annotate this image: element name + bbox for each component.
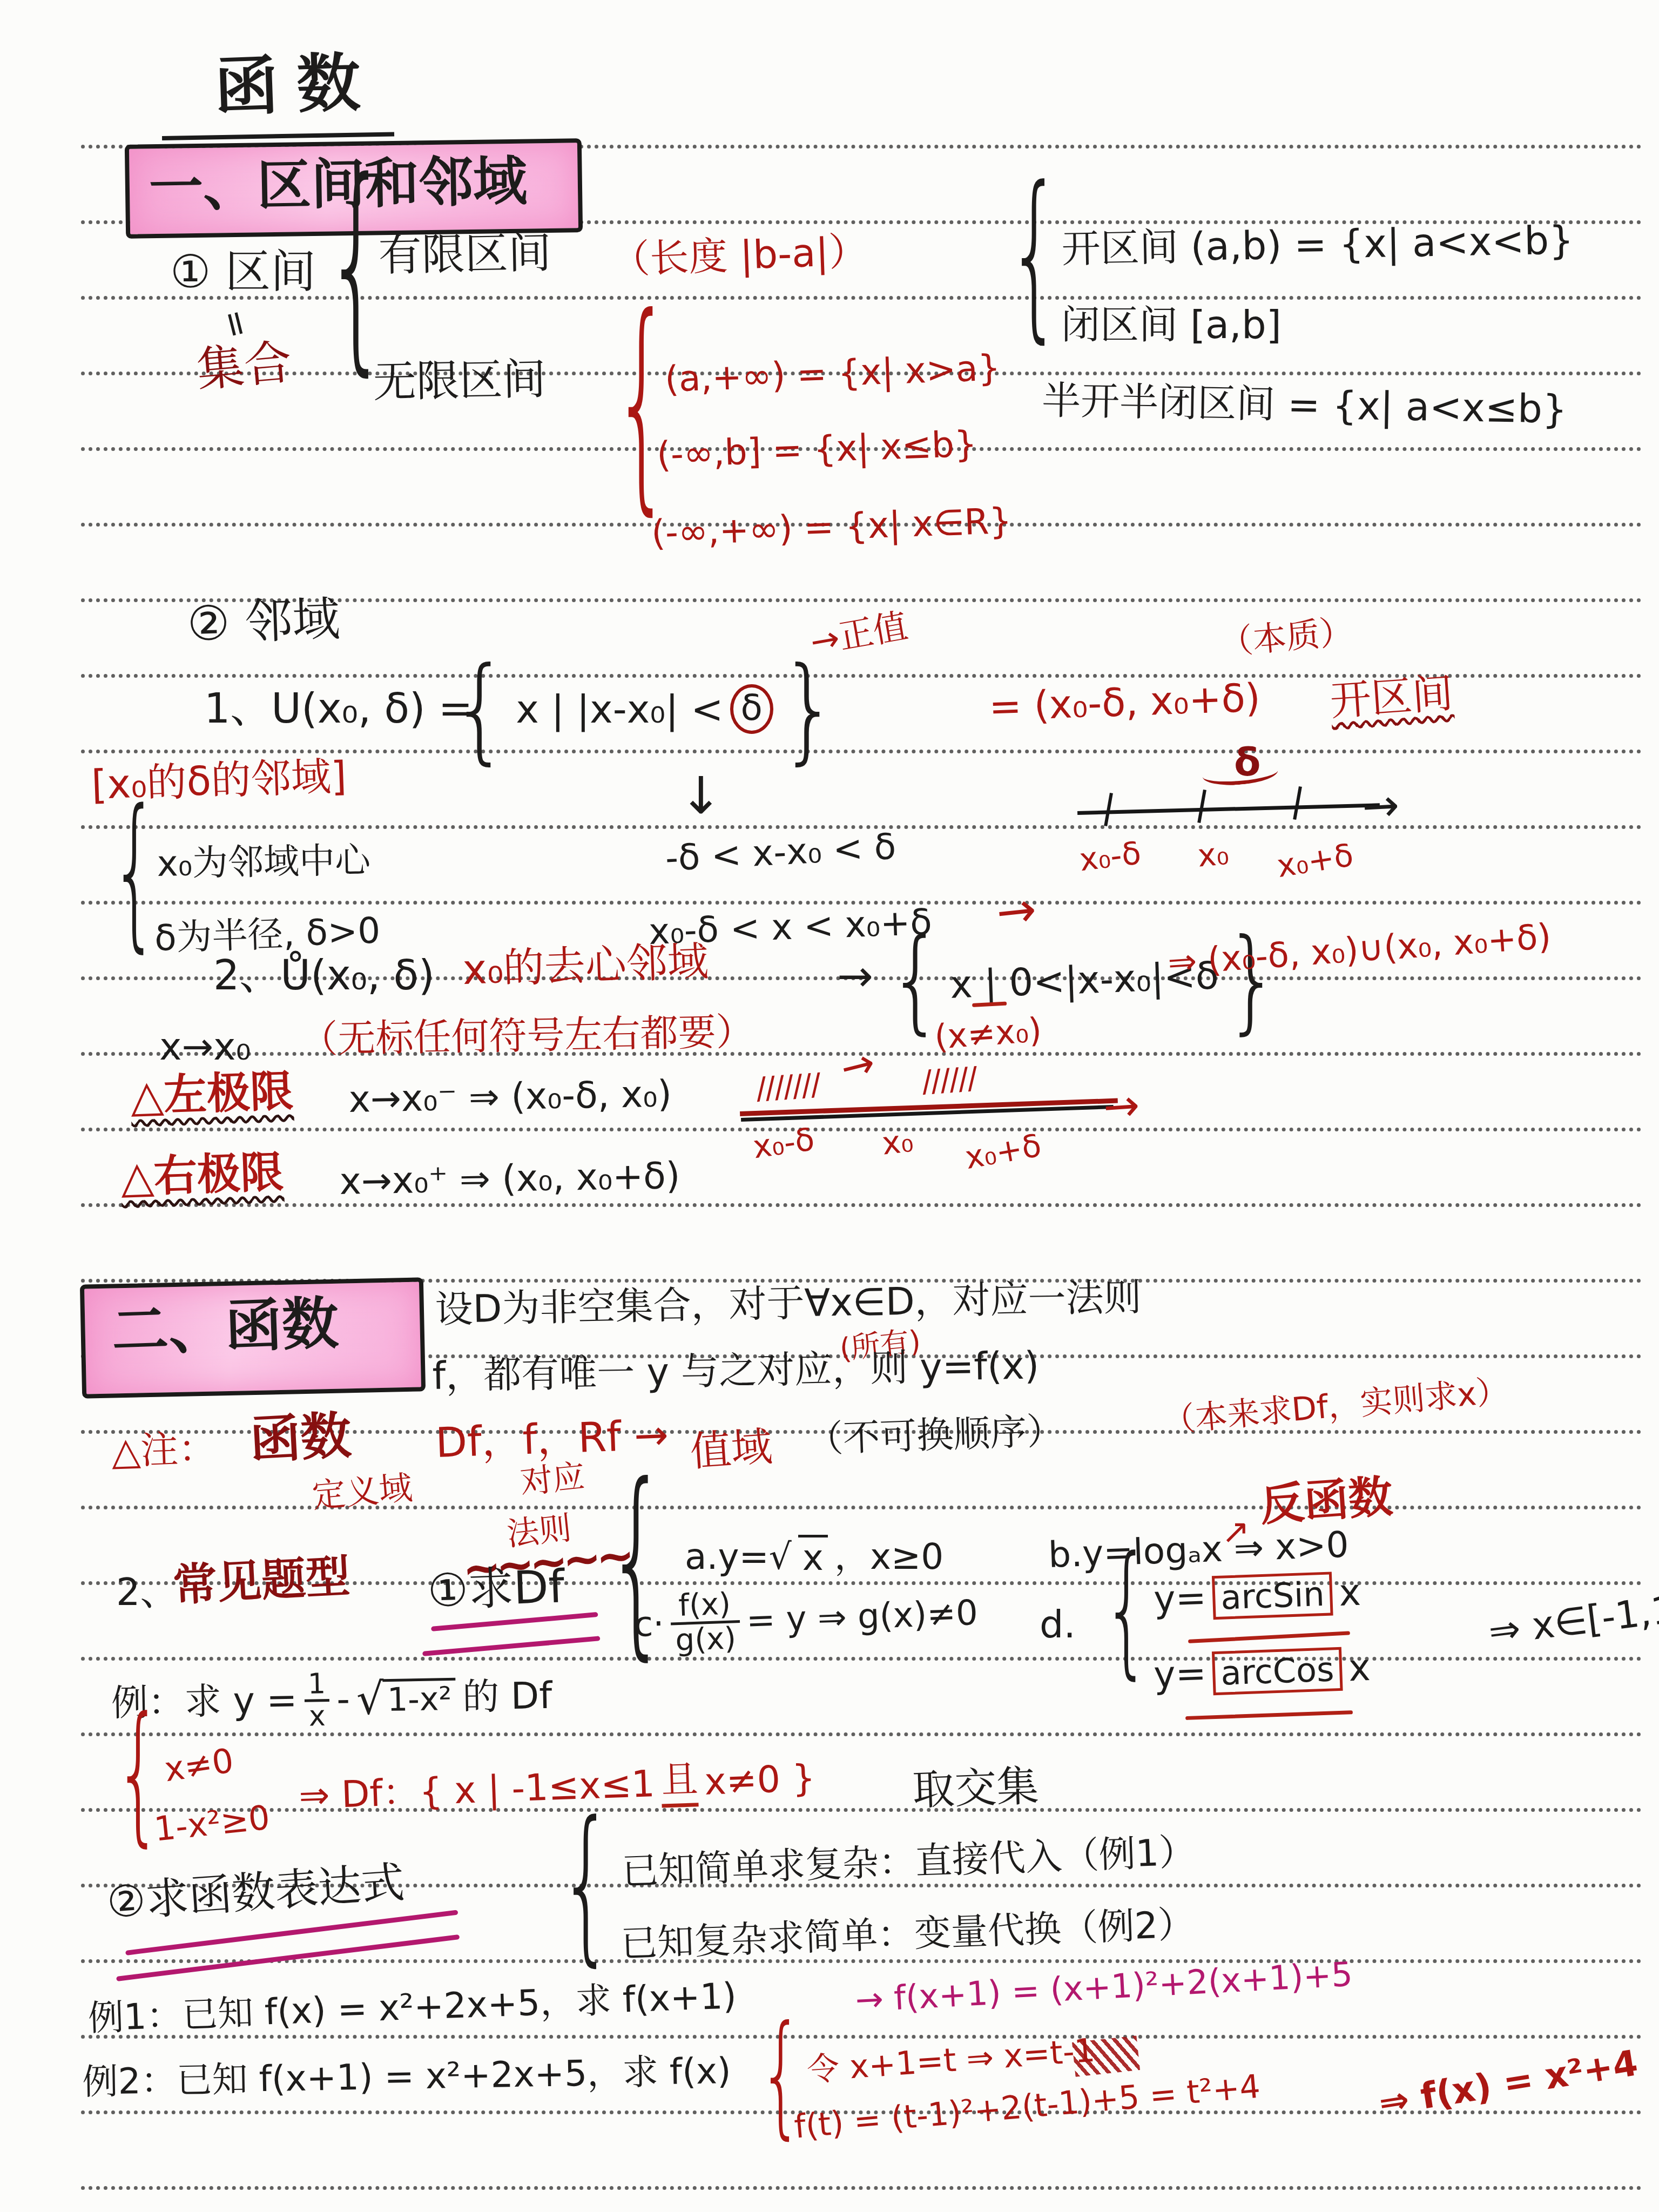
axis-label: x₀-δ: [1077, 835, 1143, 878]
set-close-brace: }: [780, 652, 838, 767]
infinite-brace: {: [613, 288, 671, 517]
example1-solution: → f(x+1) = (x+1)²+2(x+1)+5: [854, 1955, 1353, 2019]
left-limit-expr: x→x₀⁻ ⇒ (x₀-δ, x₀): [348, 1074, 672, 1122]
example2-statement: 例2：已知 f(x+1) = x²+2x+5，求 f(x): [82, 2051, 731, 2103]
u1-delta-circled: δ: [730, 684, 773, 734]
u1-open-word: 开区间: [1328, 669, 1455, 725]
page-title: 函数: [213, 45, 380, 124]
left-axis-arrow-head: →: [1102, 1080, 1141, 1132]
q1-underline: [422, 1636, 601, 1656]
fraction-numerator: f(x): [673, 1588, 736, 1622]
section2-heading: 二、函数: [111, 1291, 340, 1364]
ex0-radicand: 1-x²: [382, 1678, 456, 1719]
u1-equals-interval: = (x₀-δ, x₀+δ): [988, 675, 1261, 729]
axis-label: x₀: [1196, 835, 1230, 874]
u2-result: ⇒ (x₀-δ, x₀)∪(x₀, x₀+δ): [1166, 917, 1553, 983]
left-axis-label: x₀: [880, 1123, 915, 1162]
q2-underline: [116, 1934, 460, 1981]
u1-positive-note: →正值: [807, 606, 911, 663]
ruled-line: [81, 1128, 1642, 1131]
nbhd-u2-label: 2、Ů(x₀, δ): [213, 952, 435, 999]
ruled-line: [81, 1732, 1642, 1736]
d1-x: x: [1338, 1572, 1361, 1615]
axis-tick: [1197, 790, 1206, 823]
approach-note: （无标任何符号左右都要）: [300, 1010, 754, 1061]
ex0-result-and: 且: [660, 1758, 699, 1808]
type-a-post: ，x≥0: [834, 1536, 943, 1577]
d2-y: y=: [1153, 1653, 1207, 1697]
fraction-numerator: 1: [303, 1669, 330, 1699]
type-c-rest: = y ⇒ g(x)≠0: [746, 1593, 979, 1641]
left-axis-label: x₀-δ: [751, 1121, 817, 1165]
approach-expr: x→x₀: [159, 1025, 251, 1069]
ruled-line: [81, 1657, 1642, 1661]
left-axis-red-arrow: →: [836, 1040, 880, 1092]
ruled-line: [81, 750, 1642, 753]
nbhd-ineq1: -δ < x-x₀ < δ: [664, 826, 897, 879]
note-order: （不可换顺序）: [806, 1410, 1064, 1461]
ex0-intersection-note: 取交集: [912, 1763, 1040, 1816]
ruled-line: [81, 1203, 1642, 1207]
infinite-interval: 无限区间: [373, 354, 547, 407]
finite-interval: 有限区间: [378, 228, 552, 281]
type-c-fraction: f(x) g(x): [669, 1588, 741, 1657]
ex0-condition1: x≠0: [162, 1741, 236, 1789]
ruled-line: [81, 1959, 1642, 1963]
type-a: a.y=√x，x≥0: [685, 1535, 943, 1579]
note-label: △注：: [111, 1426, 217, 1473]
example2-step1: 令 x+1=t ⇒ x=t-1: [806, 2032, 1096, 2089]
fn-def-line1: 设D为非空集合，对于∀x∈D，对应一法则: [435, 1276, 1142, 1331]
fn-def-line2: f，都有唯一 y 与之对应，则 y=f(x): [432, 1344, 1040, 1398]
interval-kind: 闭区间 [a,b]: [1061, 302, 1282, 347]
infinite-item: (a,+∞) = {x| x>a}: [664, 347, 1001, 400]
set-open-brace: {: [451, 652, 509, 767]
type-a-radicand: x: [798, 1535, 828, 1579]
u1-essence-note: （本质）: [1218, 612, 1354, 662]
arcsin-underline: [1188, 1631, 1350, 1643]
nbhd-note-brace: {: [111, 789, 159, 955]
q2-label: ②求函数表达式: [105, 1858, 406, 1928]
q2-rule2: 已知复杂求简单：变量代换（例2）: [620, 1904, 1195, 1966]
types-q1: ①求Df: [427, 1560, 565, 1617]
inverse-word: 反函数: [1258, 1472, 1394, 1532]
nbhd-axis: [1077, 803, 1380, 815]
scribble-mark: [1072, 2035, 1140, 2076]
nbhd-u1-set: { x | |x-x₀| < δ }: [451, 663, 838, 755]
note-domain-word: 定义域: [311, 1468, 414, 1515]
right-limit-expr: x→x₀⁺ ⇒ (x₀, x₀+δ): [339, 1155, 680, 1203]
kinds-brace: {: [1007, 163, 1062, 345]
interval-kind: 半开半闭区间 = {x| a<x≤b}: [1042, 378, 1568, 432]
arccos-underline: [1185, 1710, 1353, 1720]
example-domain: 例：求 y = 1 x - √1-x² 的 Df: [111, 1665, 552, 1735]
type-d-result: ⇒ x∈[-1,1]: [1486, 1586, 1659, 1654]
fraction-denominator: g(x): [671, 1620, 741, 1657]
interval-label: ① 区间: [170, 246, 316, 298]
type-a-pre: a.y=√: [685, 1536, 792, 1577]
note-range-word: 值域: [689, 1422, 774, 1475]
types-label: 常见题型: [172, 1552, 352, 1611]
ruled-line: [81, 2035, 1642, 2039]
type-b: b.y=logₐx ⇒ x>0: [1048, 1525, 1350, 1576]
u2-note: (x≠x₀): [933, 1010, 1043, 1056]
q2-brace: {: [559, 1799, 614, 1968]
d1-y: y=: [1153, 1577, 1207, 1621]
d2-x: x: [1348, 1647, 1371, 1690]
type-c-label: c·: [633, 1604, 665, 1645]
ruled-line: [81, 2186, 1642, 2190]
sqrt-sign: √: [356, 1674, 385, 1724]
hatch-marks: //////: [921, 1061, 977, 1100]
types-number: 2、: [116, 1570, 178, 1614]
left-axis-label: x₀+δ: [962, 1127, 1044, 1176]
down-arrow: ↓: [679, 767, 723, 826]
type-c: c· f(x) g(x) = y ⇒ g(x)≠0: [633, 1580, 979, 1658]
axis-arrow-head: →: [1361, 780, 1401, 833]
type-d-line1: y= arcSin x: [1153, 1571, 1361, 1622]
fraction-denominator: x: [305, 1699, 331, 1731]
right-limit-label: △右极限: [120, 1147, 285, 1202]
ex0-condition2: 1-x²≥0: [152, 1798, 272, 1849]
axis-tick: [1104, 793, 1113, 826]
axis-tick: [1293, 786, 1302, 820]
nbhd-center-note: x₀为邻域中心: [157, 840, 371, 885]
type-d-brace: {: [1103, 1539, 1151, 1682]
ex0-post: 的 Df: [462, 1675, 552, 1719]
type-d-line2: y= arcCos x: [1153, 1646, 1371, 1697]
axis-delta-arc: [1202, 759, 1279, 788]
ex0-result-c: x≠0 }: [704, 1757, 816, 1803]
notebook-page: 函数 一、区间和邻域 ① 区间 = 集合 { 有限区间 （长度 |b-a|） 无…: [0, 0, 1659, 2212]
ex0-minus: -: [336, 1678, 350, 1721]
arccos-boxed: arcCos: [1212, 1647, 1343, 1696]
left-limit-label: △左极限: [130, 1066, 294, 1121]
u2-arrow: →: [837, 952, 873, 1001]
to-axis-arrow: →: [994, 881, 1039, 940]
ex0-fraction: 1 x: [303, 1669, 331, 1731]
infinite-item: (-∞,b] = {x| x≤b}: [656, 423, 977, 476]
nbhd-heading: ② 邻域: [186, 591, 341, 651]
axis-label: x₀+δ: [1274, 837, 1355, 885]
hatch-marks: ///////: [755, 1068, 821, 1107]
interval-kind: 开区间 (a,b) = {x| a<x<b}: [1061, 218, 1574, 271]
u2-name: x₀的去心邻域: [462, 938, 709, 993]
arcsin-boxed: arcSin: [1212, 1572, 1333, 1620]
infinite-item: (-∞,+∞) = {x| x∈R}: [651, 501, 1013, 554]
example1-statement: 例1：已知 f(x) = x²+2x+5，求 f(x+1): [87, 1975, 737, 2039]
u1-set-pre: x | |x-x₀| <: [516, 687, 723, 732]
note-fn-word: 函数: [248, 1407, 353, 1471]
type-d-label: d.: [1040, 1603, 1076, 1647]
note-rule-word1: 对应: [518, 1458, 587, 1501]
nbhd-u1-label: 1、U(x₀, δ) =: [204, 685, 473, 732]
interval-set-word: 集合: [194, 335, 294, 397]
